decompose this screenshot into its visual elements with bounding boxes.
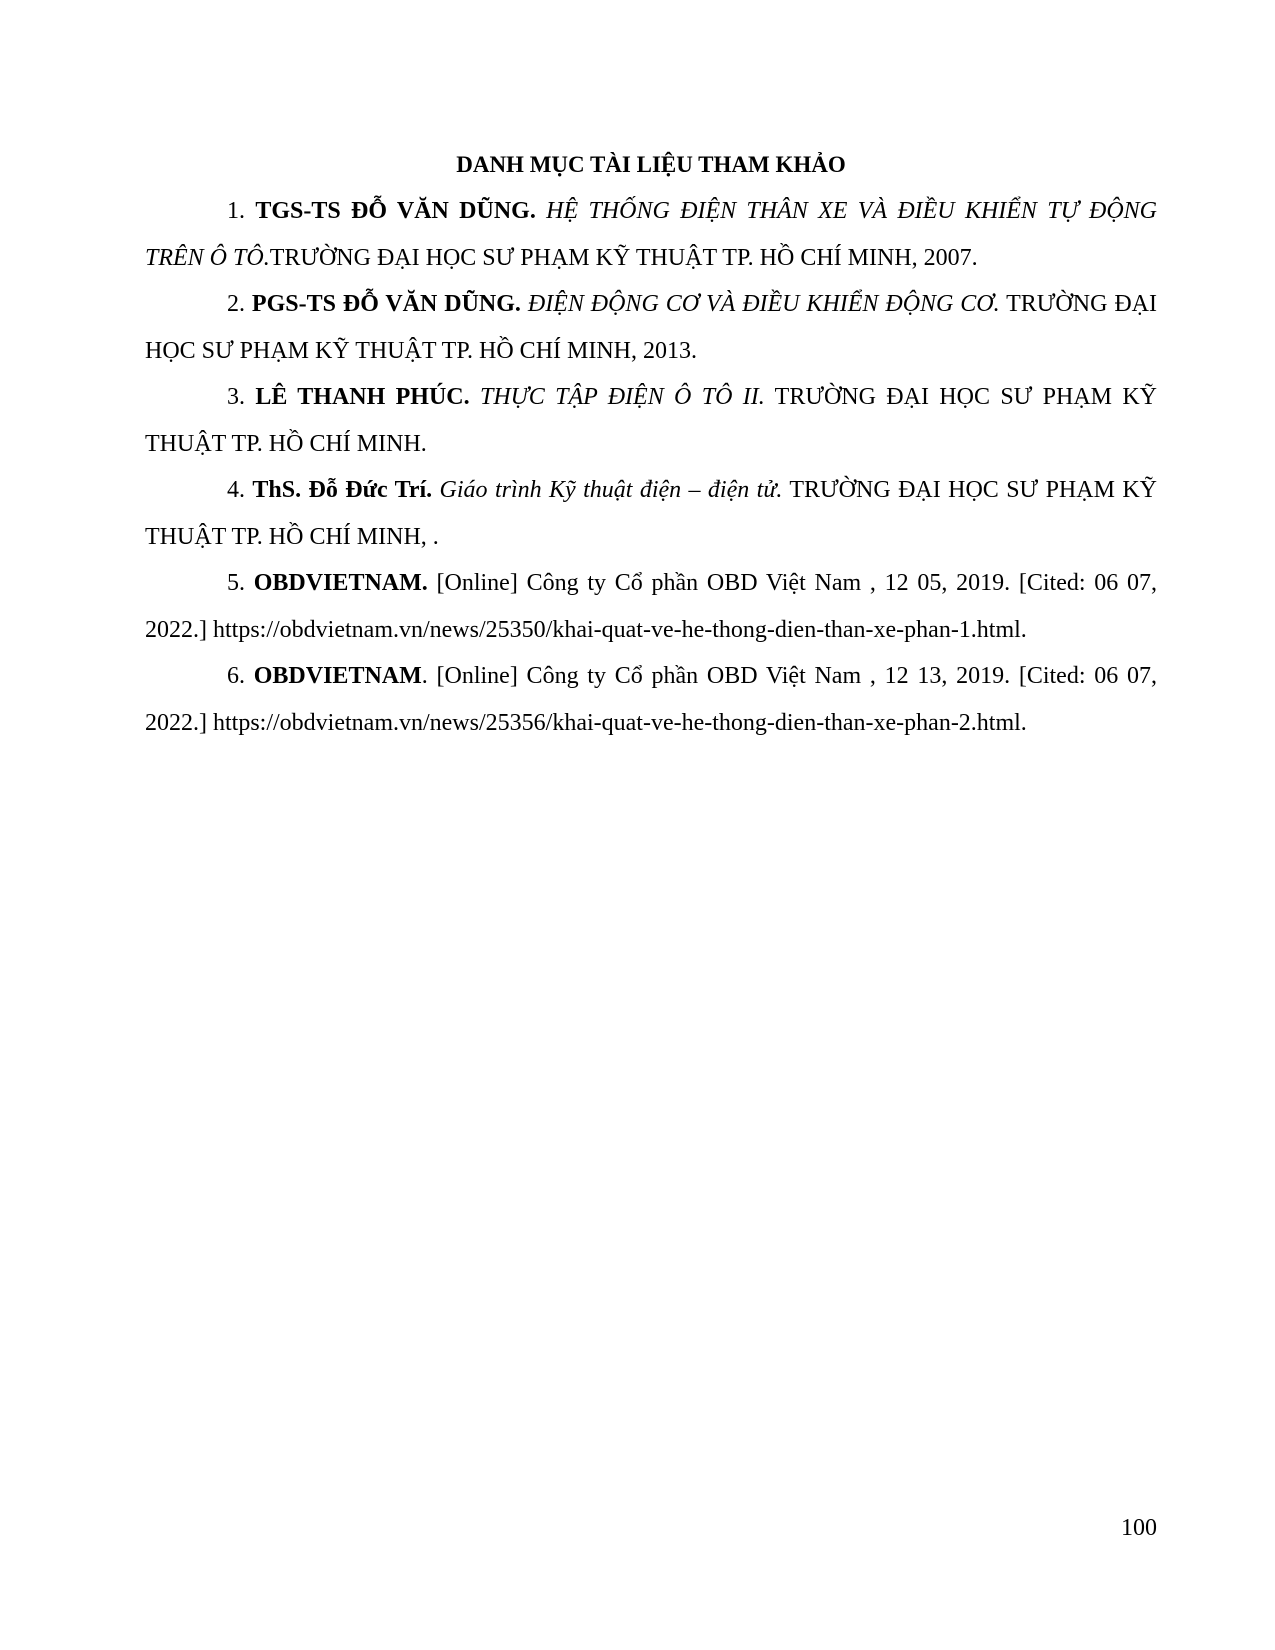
reference-number: 2.	[227, 291, 245, 317]
reference-item-2: 2. PGS-TS ĐỖ VĂN DŨNG. ĐIỆN ĐỘNG CƠ VÀ Đ…	[145, 281, 1157, 374]
reference-author: OBDVIETNAM	[254, 663, 422, 689]
reference-publisher: TRƯỜNG ĐẠI HỌC SƯ PHẠM KỸ THUẬT TP. HỒ C…	[270, 245, 978, 271]
reference-work: ĐIỆN ĐỘNG CƠ VÀ ĐIỀU KHIỂN ĐỘNG CƠ.	[528, 291, 1000, 317]
reference-author: PGS-TS ĐỖ VĂN DŨNG.	[252, 291, 521, 317]
reference-work: THỰC TẬP ĐIỆN Ô TÔ II.	[480, 384, 765, 410]
reference-item-5: 5. OBDVIETNAM. [Online] Công ty Cổ phần …	[145, 560, 1157, 653]
reference-number: 6.	[227, 663, 245, 689]
document-page: DANH MỤC TÀI LIỆU THAM KHẢO 1. TGS-TS ĐỖ…	[0, 0, 1275, 1650]
reference-author: LÊ THANH PHÚC.	[255, 384, 469, 410]
reference-number: 3.	[227, 384, 245, 410]
reference-item-4: 4. ThS. Đỗ Đức Trí. Giáo trình Kỹ thuật …	[145, 467, 1157, 560]
reference-author: TGS-TS ĐỖ VĂN DŨNG.	[255, 198, 536, 224]
reference-number: 5.	[227, 570, 245, 596]
reference-item-1: 1. TGS-TS ĐỖ VĂN DŨNG. HỆ THỐNG ĐIỆN THÂ…	[145, 188, 1157, 281]
page-title: DANH MỤC TÀI LIỆU THAM KHẢO	[145, 148, 1157, 182]
reference-item-6: 6. OBDVIETNAM. [Online] Công ty Cổ phần …	[145, 653, 1157, 746]
reference-url[interactable]: https://obdvietnam.vn/news/25350/khai-qu…	[213, 617, 1027, 643]
reference-item-3: 3. LÊ THANH PHÚC. THỰC TẬP ĐIỆN Ô TÔ II.…	[145, 374, 1157, 467]
reference-work: Giáo trình Kỹ thuật điện – điện tử.	[440, 477, 783, 503]
reference-url[interactable]: https://obdvietnam.vn/news/25356/khai-qu…	[213, 710, 1027, 736]
page-number: 100	[1121, 1512, 1157, 1544]
reference-number: 1.	[227, 198, 245, 224]
reference-number: 4.	[227, 477, 245, 503]
reference-author: OBDVIETNAM.	[254, 570, 428, 596]
reference-author: ThS. Đỗ Đức Trí.	[252, 477, 432, 503]
reference-list: 1. TGS-TS ĐỖ VĂN DŨNG. HỆ THỐNG ĐIỆN THÂ…	[145, 188, 1157, 746]
